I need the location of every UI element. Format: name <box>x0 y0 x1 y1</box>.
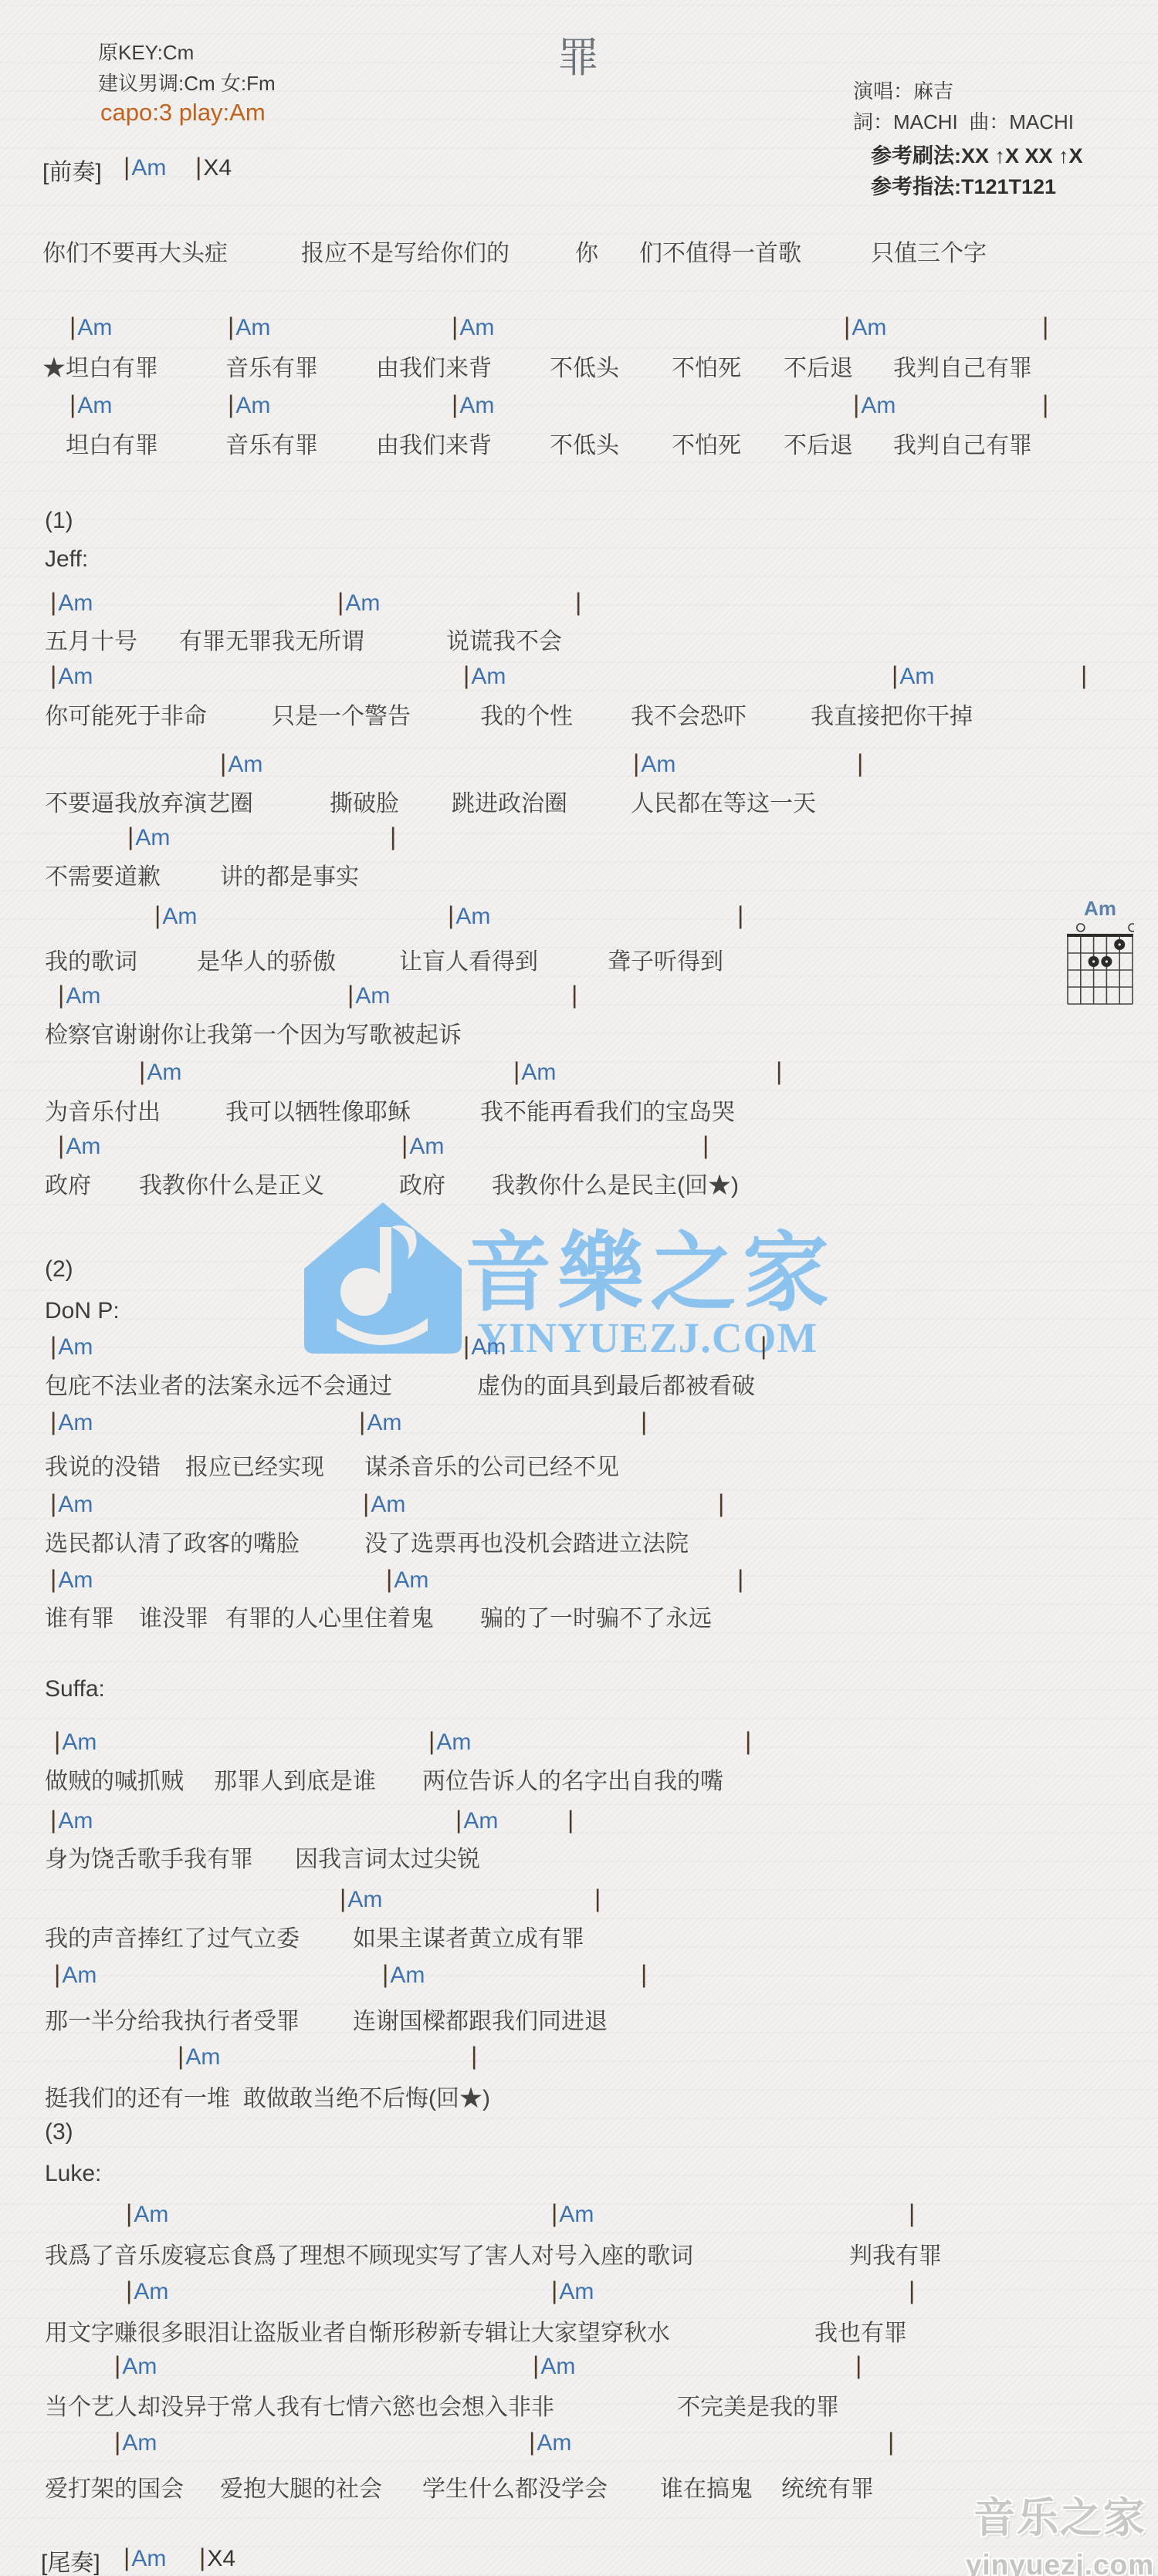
bar-line: | <box>154 901 162 929</box>
chord-token: |Am <box>54 1960 96 1989</box>
chord-symbol: Am <box>347 1887 382 1912</box>
chord-symbol: Am <box>861 393 896 418</box>
bar-line: | <box>69 390 77 418</box>
lyric-line: 检察官谢谢你让我第一个因为写歌被起诉 <box>0 1016 1158 1048</box>
original-key: 原KEY:Cm <box>98 37 194 66</box>
chord-symbol: Am <box>58 1492 93 1517</box>
bar-line: | <box>594 1885 602 1912</box>
chord-line: |Am|Am| <box>0 2277 1158 2309</box>
bar-line: | <box>126 2277 134 2304</box>
chord-line: |Am|Am| <box>0 588 1158 620</box>
lyric-token: 为音乐付出 <box>45 1093 161 1127</box>
lyric-token: 做贼的喊抓贼 <box>45 1762 184 1796</box>
chord-symbol: Am <box>852 315 886 340</box>
label-line: Suffa: <box>0 1676 1158 1709</box>
bar-line: | <box>718 1489 726 1517</box>
bar-line: | <box>1042 390 1050 418</box>
chord-line: |Am| <box>0 823 1158 855</box>
lyric-token: 我可以牺牲像耶稣 <box>225 1093 411 1127</box>
lyric-token: 我不会恐吓 <box>631 697 747 731</box>
section-marker: X4 <box>203 155 232 181</box>
chord-symbol: Am <box>58 664 93 689</box>
lyric-token: 我教你什么是民主(回★) <box>492 1166 739 1200</box>
lyric-token: 撕破脸 <box>330 784 399 818</box>
lyric-token: 由我们来背 <box>376 349 492 383</box>
chord-symbol: Am <box>559 2202 594 2227</box>
chord-token: |Am <box>54 1727 96 1756</box>
lyric-token: 政府 <box>399 1166 445 1200</box>
lyric-token: 我爲了音乐废寝忘食爲了理想不顾现实写了害人对号入座的歌词 <box>45 2236 693 2270</box>
chord-token: |Am <box>69 313 112 341</box>
bar-line: | <box>551 2199 559 2227</box>
chord-token: | <box>776 1057 784 1086</box>
lyric-token: ★坦白有罪 <box>42 349 158 383</box>
bar-line: | <box>575 588 583 616</box>
lyric-token: 跳进政治圈 <box>452 784 567 818</box>
lyric-token: 不要逼我放弃演艺圈 <box>45 784 253 818</box>
chord-symbol: Am <box>394 1567 428 1593</box>
bar-line: | <box>139 1057 147 1085</box>
chord-token: | <box>760 1332 768 1361</box>
chord-symbol: Am <box>77 393 112 418</box>
lyric-token: 只值三个字 <box>871 234 987 268</box>
chord-token: |Am <box>154 901 197 930</box>
lyric-line: 谁有罪谁没罪有罪的人心里住着鬼骗的了一时骗不了永远 <box>0 1599 1158 1631</box>
label-line: (1) <box>0 508 1158 540</box>
chord-symbol: Am <box>641 752 675 777</box>
section-label: (2) <box>45 1256 73 1283</box>
bar-line: | <box>69 313 77 340</box>
chord-token: | <box>390 823 398 851</box>
chord-symbol: Am <box>58 1808 93 1834</box>
bar-line: | <box>337 588 345 616</box>
lyric-line: 身为饶舌歌手我有罪因我言词太过尖锐 <box>0 1840 1158 1872</box>
chord-token: |Am <box>58 981 100 1009</box>
chord-symbol: Am <box>66 983 100 1009</box>
chord-line: |Am|Am| <box>0 749 1158 782</box>
bar-line: | <box>703 1131 710 1159</box>
chord-token: |Am <box>50 588 93 617</box>
chord-symbol: Am <box>58 1567 93 1593</box>
lyric-token: 爱打架的国会 <box>45 2470 184 2503</box>
lyric-token: 我直接把你干掉 <box>811 697 973 731</box>
chord-token: |Am <box>452 313 494 341</box>
lyric-token: 不需要道歉 <box>45 857 161 891</box>
chord-token: | <box>471 2042 479 2071</box>
chord-symbol: Am <box>540 2354 575 2379</box>
chord-token: [前奏] <box>42 153 102 187</box>
chord-token: |Am <box>50 1408 93 1436</box>
lyric-line: 我的歌词是华人的骄傲让盲人看得到聋子听得到 <box>0 942 1158 975</box>
chord-token: | <box>909 2277 916 2305</box>
lyric-token: 检察官谢谢你让我第一个因为写歌被起诉 <box>45 1016 462 1050</box>
bar-line: | <box>50 1806 58 1834</box>
lyric-line: 为音乐付出我可以牺牲像耶稣我不能再看我们的宝岛哭 <box>0 1093 1158 1125</box>
chord-token: |Am <box>228 313 270 341</box>
chord-token: |Am <box>386 1565 428 1594</box>
lyric-token: 谁有罪 <box>45 1599 114 1633</box>
corner-brand-text: 音乐之家 <box>960 2485 1158 2544</box>
bar-line: | <box>114 2351 122 2379</box>
chord-symbol: Am <box>122 2430 157 2456</box>
chord-token: | <box>737 1565 745 1594</box>
lyric-token: 坦白有罪 <box>66 426 158 460</box>
lyric-token: 有罪的人心里住着鬼 <box>225 1599 434 1633</box>
chord-token: | <box>575 588 583 617</box>
lyric-token: 判我有罪 <box>849 2236 942 2270</box>
bar-line: | <box>892 661 899 689</box>
lyric-token: 有罪无罪我无所谓 <box>179 622 364 656</box>
bar-line: | <box>455 1806 463 1834</box>
bar-line: | <box>571 981 579 1009</box>
corner-domain-text: yinyuezj.com <box>960 2549 1158 2576</box>
bar-line: | <box>228 390 235 418</box>
lyric-token: 谁在搞鬼 <box>660 2470 753 2503</box>
chord-token: |Am <box>69 390 112 419</box>
chord-symbol: Am <box>409 1134 444 1159</box>
chord-line: |Am|Am| <box>0 1131 1158 1164</box>
chord-symbol: Am <box>62 1729 96 1755</box>
lyric-token: 骗的了一时骗不了永远 <box>480 1599 712 1633</box>
lyric-token: 我判自己有罪 <box>893 426 1032 460</box>
chord-symbol: Am <box>471 1334 506 1360</box>
suggested-keys: 建议男调:Cm 女:Fm <box>98 68 276 96</box>
bar-line: | <box>760 1332 768 1360</box>
bar-line: | <box>50 661 58 689</box>
chord-line: |Am|Am|Am| <box>0 661 1158 694</box>
bar-line: | <box>888 2428 896 2456</box>
lyric-token: 五月十号 <box>45 622 137 656</box>
chord-token: |Am <box>853 390 896 419</box>
chord-symbol: Am <box>147 1060 181 1085</box>
bar-line: | <box>127 823 135 850</box>
chord-token: |Am <box>533 2351 575 2380</box>
chord-token: | <box>594 1885 602 1913</box>
chord-symbol: Am <box>58 1410 93 1435</box>
bar-line: | <box>745 1727 753 1755</box>
bar-line: | <box>567 1806 575 1834</box>
chord-token: |Am <box>844 313 886 341</box>
section-marker: X4 <box>207 2546 235 2571</box>
lyric-token: 我说的没错 <box>45 1448 161 1482</box>
bar-line: | <box>390 823 398 850</box>
lyric-token: 身为饶舌歌手我有罪 <box>45 1840 253 1874</box>
chord-symbol: Am <box>345 590 380 616</box>
chord-line: |Am|Am| <box>0 1565 1158 1597</box>
chord-symbol: Am <box>58 1334 93 1360</box>
chord-token: |Am <box>228 390 270 419</box>
chord-token: |Am <box>513 1057 556 1086</box>
chord-token: |Am <box>50 1489 93 1518</box>
lyric-token: 说谎我不会 <box>446 622 562 656</box>
lyric-token: 你 <box>575 234 598 268</box>
chord-token: | <box>571 981 579 1009</box>
chord-token: |Am <box>401 1131 444 1160</box>
chord-symbol: Am <box>537 2430 571 2456</box>
chord-token: |Am <box>463 1332 506 1361</box>
bar-line: | <box>428 1727 436 1755</box>
chord-token: | <box>909 2199 916 2228</box>
bar-line: | <box>844 313 852 340</box>
bar-line: | <box>401 1131 409 1159</box>
chord-token: |Am <box>220 749 262 778</box>
lyric-token: 讲的都是事实 <box>220 857 359 891</box>
bar-line: | <box>220 749 228 777</box>
chord-symbol: Am <box>390 1962 425 1988</box>
bar-line: | <box>50 1408 58 1435</box>
bar-line: | <box>452 313 459 340</box>
bar-line: | <box>641 1960 648 1988</box>
lyric-token: 是华人的骄傲 <box>197 942 336 976</box>
bar-line: | <box>178 2042 185 2070</box>
bar-line: | <box>1042 313 1050 340</box>
bar-line: | <box>347 981 355 1009</box>
lyric-token: 不怕死 <box>672 349 741 383</box>
chord-symbol: Am <box>471 664 506 689</box>
lyric-token: 我教你什么是正义 <box>139 1166 324 1200</box>
lyric-token: 们不值得一首歌 <box>639 234 801 268</box>
lyric-token: 聋子听得到 <box>608 942 723 976</box>
bar-line: | <box>1081 661 1089 689</box>
chord-token: | <box>737 901 745 930</box>
chord-symbol: Am <box>459 393 494 418</box>
lyric-line: 那一半分给我执行者受罪连谢国樑都跟我们同进退 <box>0 2002 1158 2034</box>
lyric-line: 我的声音捧红了过气立委如果主谋者黄立成有罪 <box>0 1919 1158 1952</box>
lyric-token: 只是一个警告 <box>272 697 411 731</box>
lyric-token: 不后退 <box>784 349 853 383</box>
bar-line: | <box>529 2428 537 2456</box>
site-watermark-corner: 音乐之家 yinyuezj.com <box>960 2485 1158 2576</box>
lyric-token: 不低头 <box>550 349 619 383</box>
lyric-token: 谁没罪 <box>139 1599 208 1633</box>
bar-line: | <box>195 153 203 181</box>
chord-line: |Am| <box>0 2042 1158 2074</box>
lyric-token: 包庇不法业者的法案永远不会通过 <box>45 1367 392 1401</box>
label-line: DoN P: <box>0 1298 1158 1330</box>
bar-line: | <box>50 1332 58 1360</box>
chord-token: |Am <box>551 2199 594 2228</box>
bar-line: | <box>54 1960 62 1988</box>
chord-token: | <box>641 1408 648 1436</box>
section-marker: [前奏] <box>42 160 102 185</box>
chord-symbol: Am <box>135 825 170 850</box>
chord-line: |Am|Am| <box>0 2351 1158 2384</box>
section-label: Jeff: <box>45 546 88 573</box>
bar-line: | <box>776 1057 784 1085</box>
bar-line: | <box>551 2277 559 2304</box>
chord-token: |Am <box>337 588 380 617</box>
chord-token: | <box>855 2351 863 2380</box>
lyric-line: 政府我教你什么是正义政府我教你什么是民主(回★) <box>0 1166 1158 1198</box>
chord-token: | <box>745 1727 753 1756</box>
chord-token: | <box>1081 661 1089 690</box>
chord-symbol: Am <box>459 315 494 340</box>
lyric-line: 坦白有罪音乐有罪由我们来背不低头不怕死不后退我判自己有罪 <box>0 426 1158 458</box>
lyric-token: 敢做敢当绝不后悔(回★) <box>243 2079 490 2113</box>
lyric-token: 学生什么都没学会 <box>422 2470 608 2503</box>
bar-line: | <box>452 390 459 418</box>
chord-symbol: Am <box>367 1410 401 1435</box>
section-label: (1) <box>45 508 73 534</box>
chord-token: |Am <box>448 901 490 930</box>
lyric-token: 我也有罪 <box>814 2314 907 2348</box>
chord-symbol: Am <box>131 2546 166 2571</box>
chord-token: |Am <box>363 1489 405 1518</box>
bar-line: | <box>58 1131 66 1159</box>
bar-line: | <box>54 1727 62 1755</box>
lyric-token: 人民都在等这一天 <box>631 784 816 818</box>
chord-token: |Am <box>50 661 93 690</box>
lyric-token: 我判自己有罪 <box>893 349 1032 383</box>
bar-line: | <box>855 2351 863 2379</box>
bar-line: | <box>114 2428 122 2456</box>
lyric-token: 音乐有罪 <box>225 349 318 383</box>
chord-token: |Am <box>124 2544 166 2572</box>
bar-line: | <box>340 1885 347 1912</box>
lyric-token: 我的歌词 <box>45 942 137 976</box>
label-line: (3) <box>0 2119 1158 2152</box>
fretboard-icon <box>1066 922 1134 1009</box>
lyric-line: 五月十号有罪无罪我无所谓说谎我不会 <box>0 622 1158 654</box>
lyric-line: 不要逼我放弃演艺圈撕破脸跳进政治圈人民都在等这一天 <box>0 784 1158 816</box>
chord-token: | <box>1042 390 1050 419</box>
lyric-token: 不低头 <box>550 426 619 460</box>
bar-line: | <box>126 2199 134 2227</box>
label-line: (2) <box>0 1256 1158 1289</box>
bar-line: | <box>853 390 861 418</box>
bar-line: | <box>50 1565 58 1593</box>
section-marker: [尾奏] <box>41 2551 100 2576</box>
chord-line: |Am|Am| <box>0 1727 1158 1760</box>
bar-line: | <box>50 588 58 616</box>
chord-diagram-label: Am <box>1066 897 1134 921</box>
lyric-token: 选民都认清了政客的嘴脸 <box>45 1524 300 1558</box>
intro-line: [前奏]|Am|X4 <box>0 153 1158 185</box>
chord-token: |Am <box>551 2277 594 2305</box>
chord-symbol: Am <box>899 664 934 689</box>
bar-line: | <box>58 981 66 1009</box>
lyric-token: 不完美是我的罪 <box>677 2388 839 2422</box>
bar-line: | <box>471 2042 479 2070</box>
bar-line: | <box>533 2351 540 2379</box>
lyric-token: 挺我们的还有一堆 <box>45 2079 230 2113</box>
lyric-token: 那罪人到底是谁 <box>214 1762 376 1796</box>
chord-symbol: Am <box>559 2279 594 2304</box>
lyric-token: 你们不要再大头症 <box>42 234 228 268</box>
chord-token: |Am <box>892 661 934 690</box>
bar-line: | <box>386 1565 394 1593</box>
lyric-token: 由我们来背 <box>376 426 492 460</box>
bar-line: | <box>513 1057 521 1085</box>
lyric-line: 你们不要再大头症报应不是写给你们的你们不值得一首歌只值三个字 <box>0 234 1158 266</box>
chord-line: |Am|Am| <box>0 981 1158 1013</box>
chord-sheet-page: 音樂之家 YINYUEZJ.COM 罪 原KEY:Cm 建议男调:Cm 女:Fm… <box>0 0 1158 2576</box>
capo-info: capo:3 play:Am <box>100 99 266 127</box>
lyric-line: 你可能死于非命只是一个警告我的个性我不会恐吓我直接把你干掉 <box>0 697 1158 729</box>
lyric-token: 报应不是写给你们的 <box>301 234 510 268</box>
bar-line: | <box>737 1565 745 1593</box>
bar-line: | <box>359 1408 367 1435</box>
bar-line: | <box>463 1332 471 1360</box>
lyric-line: 不需要道歉讲的都是事实 <box>0 857 1158 890</box>
lyric-token: 不怕死 <box>672 426 741 460</box>
bar-line: | <box>633 749 641 777</box>
lyric-token: 因我言词太过尖锐 <box>295 1840 480 1874</box>
chord-token: |Am <box>178 2042 220 2071</box>
lyric-token: 谋杀音乐的公司已经不见 <box>364 1448 619 1482</box>
chord-symbol: Am <box>463 1808 498 1834</box>
lyric-token: 政府 <box>45 1166 91 1200</box>
label-line: Jeff: <box>0 546 1158 579</box>
chord-token: |Am <box>633 749 675 778</box>
bar-line: | <box>124 153 131 181</box>
chord-symbol: Am <box>122 2354 157 2379</box>
chord-token: |Am <box>452 390 494 419</box>
lyric-token: 报应已经实现 <box>185 1448 324 1482</box>
bar-line: | <box>448 901 455 929</box>
chord-line: |Am|Am| <box>0 1332 1158 1364</box>
chord-token: |Am <box>58 1131 100 1160</box>
chord-symbol: Am <box>436 1729 471 1755</box>
chord-token: | <box>857 749 865 778</box>
lyric-token: 不后退 <box>784 426 853 460</box>
bar-line: | <box>857 749 865 777</box>
lyric-line: 当个艺人却没异于常人我有七情六慾也会想入非非不完美是我的罪 <box>0 2388 1158 2420</box>
bar-line: | <box>363 1489 371 1517</box>
bar-line: | <box>737 901 745 929</box>
lyric-token: 统统有罪 <box>781 2470 874 2503</box>
chord-line: |Am|Am| <box>0 1057 1158 1090</box>
chord-symbol: Am <box>66 1134 100 1159</box>
chord-symbol: Am <box>455 904 490 929</box>
chord-token: | <box>1042 313 1050 341</box>
lyric-line: 选民都认清了政客的嘴脸没了选票再也没机会踏进立法院 <box>0 1524 1158 1557</box>
lyric-token: 虚伪的面具到最后都被看破 <box>477 1367 755 1401</box>
bar-line: | <box>382 1960 390 1988</box>
lyric-token: 那一半分给我执行者受罪 <box>45 2002 300 2036</box>
chord-token: |Am <box>340 1885 382 1913</box>
lyric-token: 你可能死于非命 <box>45 697 207 731</box>
chord-token: |Am <box>463 661 506 690</box>
chord-token: |Am <box>124 153 166 181</box>
chord-line: |Am|Am| <box>0 901 1158 934</box>
chord-token: | <box>567 1806 575 1834</box>
lyric-line: 我说的没错报应已经实现谋杀音乐的公司已经不见 <box>0 1448 1158 1480</box>
lyric-token: 没了选票再也没机会踏进立法院 <box>364 1524 689 1558</box>
label-line: Luke: <box>0 2161 1158 2193</box>
chord-token: |X4 <box>195 153 232 181</box>
am-chord-diagram: Am <box>1066 897 1134 1012</box>
chord-token: | <box>641 1960 648 1989</box>
chord-token: |Am <box>529 2428 571 2456</box>
chord-symbol: Am <box>131 155 166 181</box>
chord-line: |Am|Am|Am|Am| <box>0 390 1158 423</box>
lyric-token: 当个艺人却没异于常人我有七情六慾也会想入非非 <box>45 2388 554 2422</box>
chord-token: |X4 <box>199 2544 235 2572</box>
chord-line: |Am| <box>0 1885 1158 1917</box>
chord-token: |Am <box>359 1408 401 1436</box>
lyric-token: 用文字赚很多眼泪让盗版业者自惭形秽新专辑让大家望穿秋水 <box>45 2314 670 2348</box>
chord-token: | <box>888 2428 896 2456</box>
chord-line: |Am|Am| <box>0 1408 1158 1440</box>
lyric-token: 让盲人看得到 <box>399 942 538 976</box>
bar-line: | <box>909 2277 916 2304</box>
chord-symbol: Am <box>134 2202 168 2227</box>
chord-symbol: Am <box>77 315 112 340</box>
chord-symbol: Am <box>235 315 270 340</box>
chord-line: |Am|Am|Am|Am| <box>0 313 1158 345</box>
bar-line: | <box>909 2199 916 2227</box>
